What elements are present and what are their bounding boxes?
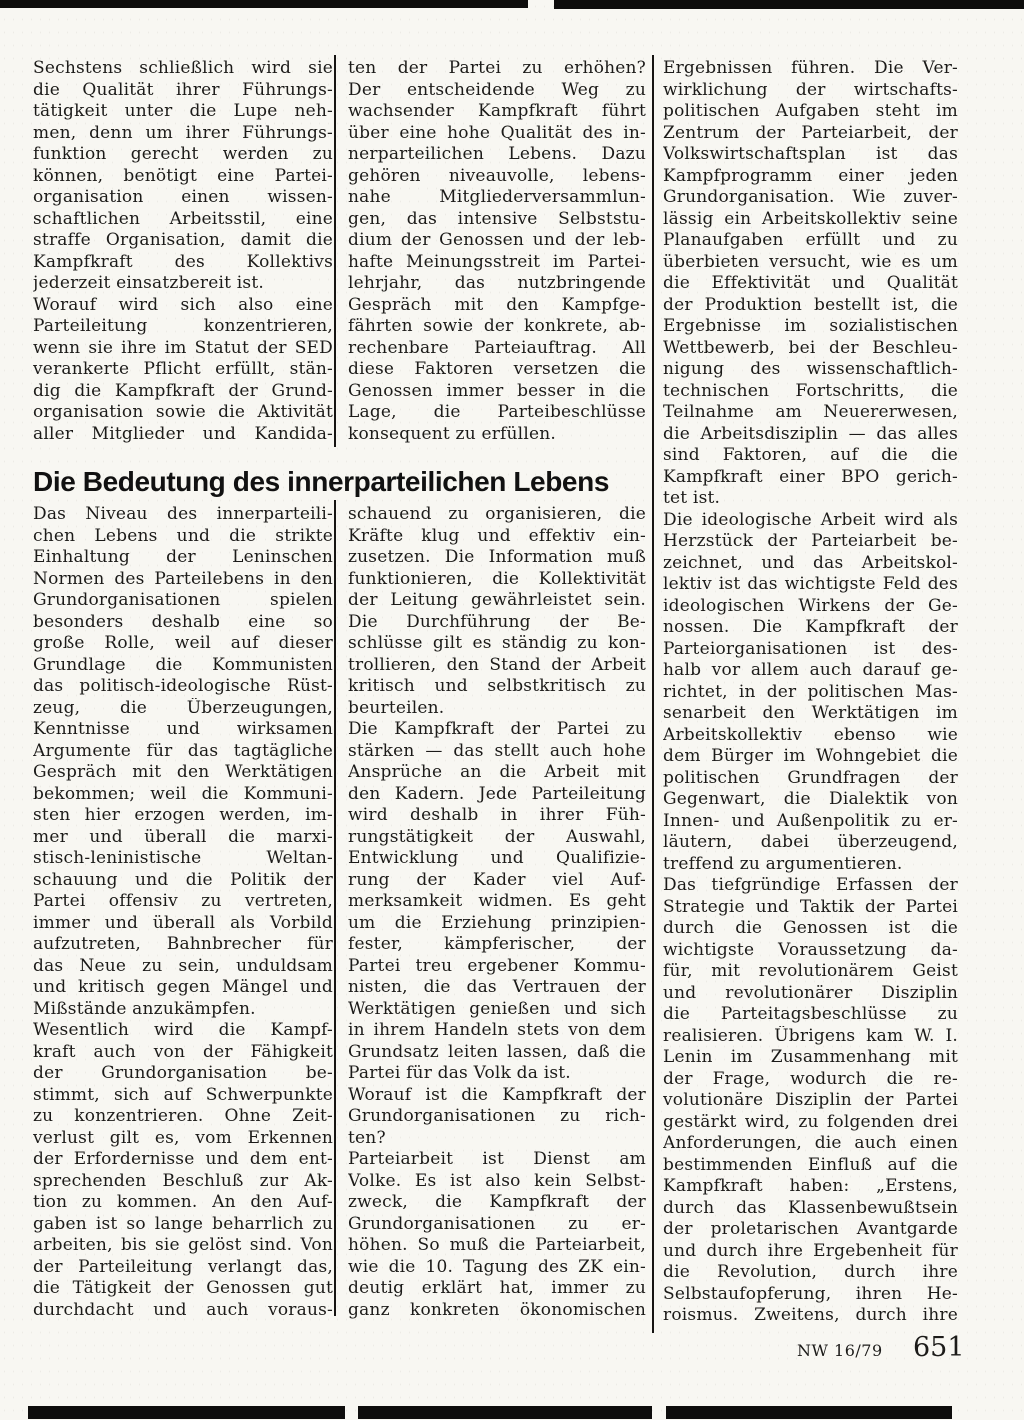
text-line: kraft auch von der Fähigkeit	[33, 1042, 333, 1064]
column-divider-2	[652, 55, 654, 1333]
text-line: rechenbare Parteiauftrag. All	[348, 338, 646, 360]
text-line: durchdacht und auch voraus-	[33, 1300, 333, 1322]
text-line: Volkswirtschaftsplan ist das	[663, 144, 958, 166]
text-line: roismus. Zweitens, durch ihre	[663, 1305, 958, 1327]
text-line: Entwicklung und Qualifizie-	[348, 848, 646, 870]
text-line: Ergebnissen führen. Die Ver-	[663, 58, 958, 80]
text-line: gen, das intensive Selbststu-	[348, 209, 646, 231]
text-line: und kritisch gegen Mängel und	[33, 977, 333, 999]
text-line: Partei treu ergebener Kommu-	[348, 956, 646, 978]
text-line: tet ist.	[663, 488, 958, 510]
text-line: ten?	[348, 1128, 646, 1150]
text-line: Einhaltung der Leninschen	[33, 547, 333, 569]
footer-issue-label: NW 16/79	[797, 1340, 883, 1362]
text-line: Das Niveau des innerparteili-	[33, 504, 333, 526]
text-line: die Tätigkeit der Genossen gut	[33, 1278, 333, 1300]
text-line: funktion gerecht werden zu	[33, 144, 333, 166]
text-line: Arbeitskollektiv ebenso wie	[663, 725, 958, 747]
text-line: fester, kämpferischer, der	[348, 934, 646, 956]
text-line: politischen Grundfragen der	[663, 768, 958, 790]
text-line: der Leitung gewährleistet sein.	[348, 590, 646, 612]
text-line: Wesentlich wird die Kampf-	[33, 1020, 333, 1042]
text-line: aufzutreten, Bahnbrecher für	[33, 934, 333, 956]
text-line: bekommen; weil die Kommuni-	[33, 784, 333, 806]
text-line: Argumente für das tagtägliche	[33, 741, 333, 763]
text-line: der Frage, wodurch die re-	[663, 1069, 958, 1091]
column-divider-1-upper	[334, 55, 336, 447]
text-line: Gegenwart, die Dialektik von	[663, 789, 958, 811]
text-line: Kenntnisse und wirksamen	[33, 719, 333, 741]
paragraph: Die ideologische Arbeit wird alsHerzstüc…	[663, 510, 958, 876]
text-line: Parteileitung konzentrieren,	[33, 316, 333, 338]
text-line: politischen Aufgaben steht im	[663, 101, 958, 123]
text-line: straffe Organisation, damit die	[33, 230, 333, 252]
text-line: höhen. So muß die Parteiarbeit,	[348, 1235, 646, 1257]
text-line: nerparteilichen Lebens. Dazu	[348, 144, 646, 166]
text-line: der Erfordernisse und dem ent-	[33, 1149, 333, 1171]
text-line: Zentrum der Parteiarbeit, der	[663, 123, 958, 145]
text-line: Ansprüche an die Arbeit mit	[348, 762, 646, 784]
text-line: wie die 10. Tagung des ZK ein-	[348, 1257, 646, 1279]
text-line: Normen des Parteilebens in den	[33, 569, 333, 591]
text-line: die Effektivität und Qualität	[663, 273, 958, 295]
text-line: durch die Genossen ist die	[663, 918, 958, 940]
text-line: zeichnet, und das Arbeitskol-	[663, 553, 958, 575]
text-line: lektiv ist das wichtigste Feld des	[663, 574, 958, 596]
text-line: Grundorganisationen zu er-	[348, 1214, 646, 1236]
text-line: fährten sowie der konkrete, ab-	[348, 316, 646, 338]
text-line: verankerte Pflicht erfüllt, stän-	[33, 359, 333, 381]
text-line: Grundorganisationen zu rich-	[348, 1106, 646, 1128]
magazine-page: Sechstens schließlich wird siedie Qualit…	[0, 0, 1024, 1420]
text-line: Parteiorganisationen ist des-	[663, 639, 958, 661]
text-line: rung der Kader viel Auf-	[348, 870, 646, 892]
text-line: Anforderungen, die auch einen	[663, 1133, 958, 1155]
text-line: die Revolution, durch ihre	[663, 1262, 958, 1284]
text-line: Selbstaufopferung, ihren He-	[663, 1284, 958, 1306]
paragraph: Das tiefgründige Erfassen derStrategie u…	[663, 875, 958, 1327]
text-line: Genossen immer besser in die	[348, 381, 646, 403]
text-line: durch das Klassenbewußtsein	[663, 1198, 958, 1220]
text-line: das politisch-ideologische Rüst-	[33, 676, 333, 698]
text-line: beurteilen.	[348, 698, 646, 720]
text-line: verlust gilt es, vom Erkennen	[33, 1128, 333, 1150]
text-line: Gespräch mit den Werktätigen	[33, 762, 333, 784]
text-line: besonders deshalb eine so	[33, 612, 333, 634]
text-line: um die Erziehung prinzipien-	[348, 913, 646, 935]
text-line: dem Bürger im Wohngebiet die	[663, 746, 958, 768]
text-line: Volke. Es ist also kein Selbst-	[348, 1171, 646, 1193]
text-line: lässig ein Arbeitskollektiv seine	[663, 209, 958, 231]
text-line: zu konzentrieren. Ohne Zeit-	[33, 1106, 333, 1128]
text-line: organisation einen wissen-	[33, 187, 333, 209]
text-line: Kampfkraft haben: „Erstens,	[663, 1176, 958, 1198]
text-line: dium der Genossen und der leb-	[348, 230, 646, 252]
text-line: über eine hohe Qualität des in-	[348, 123, 646, 145]
text-line: in ihrem Handeln stets von dem	[348, 1020, 646, 1042]
text-line: merksamkeit widmen. Es geht	[348, 891, 646, 913]
paragraph: Die Kampfkraft der Partei zustärken — da…	[348, 719, 646, 1085]
text-line: Grundorganisationen spielen	[33, 590, 333, 612]
text-line: die Parteitagsbeschlüsse zu	[663, 1004, 958, 1026]
text-line: Werktätigen genießen und sich	[348, 999, 646, 1021]
column-divider-1-lower	[334, 500, 336, 1316]
text-line: Kräfte klug und effektiv ein-	[348, 526, 646, 548]
text-line: ten der Partei zu erhöhen?	[348, 58, 646, 80]
text-line: der proletarischen Avantgarde	[663, 1219, 958, 1241]
text-line: wachsender Kampfkraft führt	[348, 101, 646, 123]
scan-edge-bar-top-right	[554, 0, 1024, 9]
text-line: Gespräch mit den Kampfge-	[348, 295, 646, 317]
text-line: Worauf wird sich also eine	[33, 295, 333, 317]
text-line: tätigkeit unter die Lupe neh-	[33, 101, 333, 123]
text-line: schaftlichen Arbeitsstil, eine	[33, 209, 333, 231]
text-line: richtet, in der politischen Mas-	[663, 682, 958, 704]
paragraph: Wesentlich wird die Kampf-kraft auch von…	[33, 1020, 333, 1321]
text-line: Herzstück der Parteiarbeit be-	[663, 531, 958, 553]
text-line: deutig erklärt hat, immer zu	[348, 1278, 646, 1300]
text-line: lehrjahr, das nutzbringende	[348, 273, 646, 295]
text-line: tion zu kommen. An den Auf-	[33, 1192, 333, 1214]
text-line: Strategie und Taktik der Partei	[663, 897, 958, 919]
text-line: Sechstens schließlich wird sie	[33, 58, 333, 80]
text-line: nossen. Die Kampfkraft der	[663, 617, 958, 639]
text-line: nigung des wissenschaftlich-	[663, 359, 958, 381]
text-line: der Parteileitung verlangt das,	[33, 1257, 333, 1279]
text-line: läutern, dabei überzeugend,	[663, 832, 958, 854]
text-line: funktionieren, die Kollektivität	[348, 569, 646, 591]
text-line: hafte Meinungsstreit im Partei-	[348, 252, 646, 274]
text-line: konsequent zu erfüllen.	[348, 424, 646, 446]
text-line: immer und überall als Vorbild	[33, 913, 333, 935]
paragraph: Ergebnissen führen. Die Ver-wirklichung …	[663, 58, 958, 510]
text-line: und revolutionärer Disziplin	[663, 983, 958, 1005]
text-line: zweck, die Kampfkraft der	[348, 1192, 646, 1214]
paragraph: schauend zu organisieren, dieKräfte klug…	[348, 504, 646, 719]
column-2-bottom: schauend zu organisieren, dieKräfte klug…	[348, 504, 646, 1321]
text-line: zeug, die Überzeugungen,	[33, 698, 333, 720]
text-line: dig die Kampfkraft der Grund-	[33, 381, 333, 403]
text-line: schauend zu organisieren, die	[348, 504, 646, 526]
paragraph: Worauf ist die Kampfkraft derGrundorgani…	[348, 1085, 646, 1150]
paragraph: Sechstens schließlich wird siedie Qualit…	[33, 58, 333, 295]
text-line: gestärkt wird, zu folgenden drei	[663, 1112, 958, 1134]
text-line: und durch ihre Ergebenheit für	[663, 1241, 958, 1263]
text-line: große Rolle, weil auf dieser	[33, 633, 333, 655]
text-line: sind Faktoren, auf die die	[663, 445, 958, 467]
text-line: das Neue zu sein, unduldsam	[33, 956, 333, 978]
text-line: schlüsse gilt es ständig zu kon-	[348, 633, 646, 655]
column-3: Ergebnissen führen. Die Ver-wirklichung …	[663, 58, 958, 1327]
text-line: realisieren. Übrigens kam W. I.	[663, 1026, 958, 1048]
text-line: Kampfkraft einer BPO gerich-	[663, 467, 958, 489]
text-line: Grundorganisation. Wie zuver-	[663, 187, 958, 209]
text-line: sten hier erzogen werden, im-	[33, 805, 333, 827]
text-line: halb vor allem auch darauf ge-	[663, 660, 958, 682]
text-line: für, mit revolutionärem Geist	[663, 961, 958, 983]
scan-edge-bar-bottom-right	[666, 1406, 952, 1419]
text-line: wirklichung der wirtschafts-	[663, 80, 958, 102]
text-line: sprechenden Beschluß zur Ak-	[33, 1171, 333, 1193]
text-line: den Kadern. Jede Parteileitung	[348, 784, 646, 806]
text-line: Mißstände anzukämpfen.	[33, 999, 333, 1021]
text-line: nahe Mitgliederversammlun-	[348, 187, 646, 209]
text-line: der Produktion bestellt ist, die	[663, 295, 958, 317]
text-line: der Grundorganisation be-	[33, 1063, 333, 1085]
text-line: technischen Fortschritts, die	[663, 381, 958, 403]
text-line: wenn sie ihre im Statut der SED	[33, 338, 333, 360]
text-line: Worauf ist die Kampfkraft der	[348, 1085, 646, 1107]
text-line: arbeiten, bis sie gelöst sind. Von	[33, 1235, 333, 1257]
text-line: wichtigste Voraussetzung da-	[663, 940, 958, 962]
section-heading: Die Bedeutung des innerparteilichen Lebe…	[33, 462, 655, 502]
text-line: Lenin im Zusammenhang mit	[663, 1047, 958, 1069]
text-line: gaben ist so lange beharrlich zu	[33, 1214, 333, 1236]
text-line: Die Kampfkraft der Partei zu	[348, 719, 646, 741]
text-line: Die Durchführung der Be-	[348, 612, 646, 634]
text-line: überbieten versucht, wie es um	[663, 252, 958, 274]
text-line: chen Lebens und die strikte	[33, 526, 333, 548]
column-1-bottom: Das Niveau des innerparteili-chen Lebens…	[33, 504, 333, 1321]
text-line: rungstätigkeit der Auswahl,	[348, 827, 646, 849]
text-line: men, denn um ihrer Führungs-	[33, 123, 333, 145]
text-line: ganz konkreten ökonomischen	[348, 1300, 646, 1322]
text-line: Grundsatz leiten lassen, daß die	[348, 1042, 646, 1064]
text-line: jederzeit einsatzbereit ist.	[33, 273, 333, 295]
paragraph: Parteiarbeit ist Dienst amVolke. Es ist …	[348, 1149, 646, 1321]
column-2-top: ten der Partei zu erhöhen?Der entscheide…	[348, 58, 646, 445]
text-line: wird deshalb in ihrer Füh-	[348, 805, 646, 827]
text-line: Kampfprogramm einer jeden	[663, 166, 958, 188]
text-line: treffend zu argumentieren.	[663, 854, 958, 876]
text-line: Teilnahme am Neuererwesen,	[663, 402, 958, 424]
text-line: Grundlage die Kommunisten	[33, 655, 333, 677]
text-line: diese Faktoren versetzen die	[348, 359, 646, 381]
footer-page-number: 651	[913, 1332, 965, 1364]
text-line: zusetzen. Die Information muß	[348, 547, 646, 569]
text-line: Der entscheidende Weg zu	[348, 80, 646, 102]
text-line: volutionäre Disziplin der Partei	[663, 1090, 958, 1112]
text-line: nisten, die das Vertrauen der	[348, 977, 646, 999]
text-line: können, benötigt eine Partei-	[33, 166, 333, 188]
text-line: bestimmenden Einfluß auf die	[663, 1155, 958, 1177]
text-line: gehören niveauvolle, lebens-	[348, 166, 646, 188]
text-line: stimmt, sich auf Schwerpunkte	[33, 1085, 333, 1107]
scan-edge-bar-bottom-left	[28, 1406, 345, 1419]
text-line: kritisch und selbstkritisch zu	[348, 676, 646, 698]
text-line: Kampfkraft des Kollektivs	[33, 252, 333, 274]
text-line: aller Mitglieder und Kandida-	[33, 424, 333, 446]
text-line: Wettbewerb, bei der Beschleu-	[663, 338, 958, 360]
text-line: stisch-leninistische Weltan-	[33, 848, 333, 870]
paragraph: Das Niveau des innerparteili-chen Lebens…	[33, 504, 333, 1020]
text-line: mer und überall die marxi-	[33, 827, 333, 849]
paragraph: Worauf wird sich also eineParteileitung …	[33, 295, 333, 446]
text-line: trollieren, den Stand der Arbeit	[348, 655, 646, 677]
text-line: Die ideologische Arbeit wird als	[663, 510, 958, 532]
text-line: Partei offensiv zu vertreten,	[33, 891, 333, 913]
text-line: Partei für das Volk da ist.	[348, 1063, 646, 1085]
text-line: organisation sowie die Aktivität	[33, 402, 333, 424]
text-line: Das tiefgründige Erfassen der	[663, 875, 958, 897]
text-line: Parteiarbeit ist Dienst am	[348, 1149, 646, 1171]
text-line: stärken — das stellt auch hohe	[348, 741, 646, 763]
text-line: Innen- und Außenpolitik zu er-	[663, 811, 958, 833]
text-line: ideologischen Wirkens der Ge-	[663, 596, 958, 618]
text-line: die Qualität ihrer Führungs-	[33, 80, 333, 102]
text-line: schauung und die Politik der	[33, 870, 333, 892]
text-line: senarbeit den Werktätigen im	[663, 703, 958, 725]
paragraph: ten der Partei zu erhöhen?Der entscheide…	[348, 58, 646, 445]
column-1-top: Sechstens schließlich wird siedie Qualit…	[33, 58, 333, 445]
text-line: Planaufgaben erfüllt und zu	[663, 230, 958, 252]
text-line: Ergebnisse im sozialistischen	[663, 316, 958, 338]
scan-edge-bar-bottom-center	[358, 1406, 652, 1419]
scan-edge-bar-top-left	[0, 0, 528, 8]
text-line: Lage, die Parteibeschlüsse	[348, 402, 646, 424]
text-line: die Arbeitsdisziplin — das alles	[663, 424, 958, 446]
